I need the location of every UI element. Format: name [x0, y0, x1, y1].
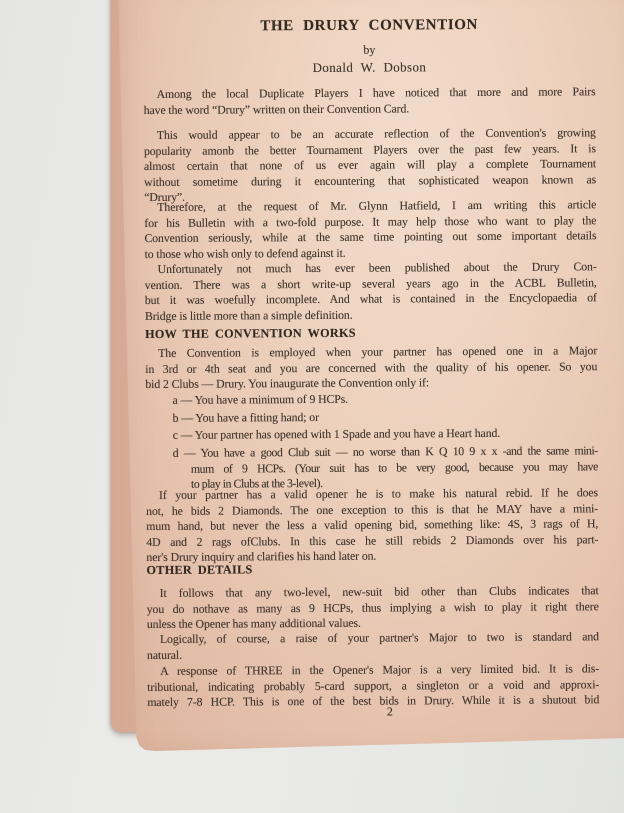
doc-author-line-1: Donald W. Dobson [143, 58, 595, 76]
doc-author: Donald W. Dobson [143, 58, 595, 76]
list-item-a: a — You have a minimum of 9 HCPs. [172, 390, 597, 408]
list-item-d-line-2: mum of 9 HCPs. (Your suit has to be very… [173, 459, 598, 477]
list-item-a-line-1: a — You have a minimum of 9 HCPs. [172, 390, 597, 408]
paragraph-3-line-3: Convention seriously, while at the same … [144, 228, 596, 246]
paragraph-8-line-1: Logically, of course, a raise of your pa… [147, 629, 599, 647]
list-item-b: b — You have a fitting hand; or [173, 408, 598, 426]
paragraph-6-line-4: 4D and 2 rags ofClubs. In this case he s… [146, 532, 598, 550]
paragraph-7-line-2: you do nothave as many as 9 HCPs, thus i… [147, 599, 599, 617]
paragraph-4-line-3: but it was woefully incomplete. And what… [145, 290, 597, 308]
paragraph-2-line-4: without sometime during it encountering … [144, 172, 596, 190]
doc-byline: by [143, 41, 595, 59]
list-item-c-line-1: c — Your partner has opened with 1 Spade… [173, 425, 598, 443]
paragraph-1: Among the local Duplicate Players I have… [144, 84, 596, 118]
paragraph-8-line-2: natural. [147, 645, 599, 663]
page-number: 2 [152, 703, 624, 721]
paragraph-2: This would appear to be an accurate refl… [144, 125, 596, 205]
heading-other-details-line-1: OTHER DETAILS [146, 560, 598, 578]
doc-byline-line-1: by [143, 41, 595, 59]
paragraph-7: It follows that any two-level, new-suit … [147, 583, 599, 632]
page-text-layer: THE DRURY CONVENTIONbyDonald W. DobsonAm… [0, 0, 624, 813]
list-item-c: c — Your partner has opened with 1 Spade… [173, 425, 598, 443]
paragraph-4-line-4: Bridge is little more than a simple defi… [145, 306, 597, 324]
paragraph-8: Logically, of course, a raise of your pa… [147, 629, 599, 663]
paragraph-6: If your partner has a valid opener he is… [146, 485, 598, 565]
paragraph-3: Therefore, at the request of Mr. Glynn H… [144, 197, 596, 262]
page-number-line-1: 2 [152, 703, 624, 721]
heading-how-it-works: HOW THE CONVENTION WORKS [145, 324, 597, 342]
doc-title-line-1: THE DRURY CONVENTION [143, 15, 595, 36]
list-item-b-line-1: b — You have a fitting hand; or [173, 408, 598, 426]
heading-other-details: OTHER DETAILS [146, 560, 598, 578]
paragraph-5: The Convention is employed when your par… [145, 343, 597, 392]
doc-title: THE DRURY CONVENTION [143, 15, 595, 36]
paragraph-4: Unfortunately not much has ever been pub… [145, 259, 597, 324]
heading-how-it-works-line-1: HOW THE CONVENTION WORKS [145, 324, 597, 342]
scanned-document-photo: THE DRURY CONVENTIONbyDonald W. DobsonAm… [0, 0, 624, 813]
paragraph-5-line-2: in 3rd or 4th seat and you are concerned… [145, 359, 597, 377]
paragraph-1-line-1: Among the local Duplicate Players I have… [144, 84, 596, 102]
paragraph-1-line-2: have the word “Drury” written on their C… [144, 100, 596, 118]
